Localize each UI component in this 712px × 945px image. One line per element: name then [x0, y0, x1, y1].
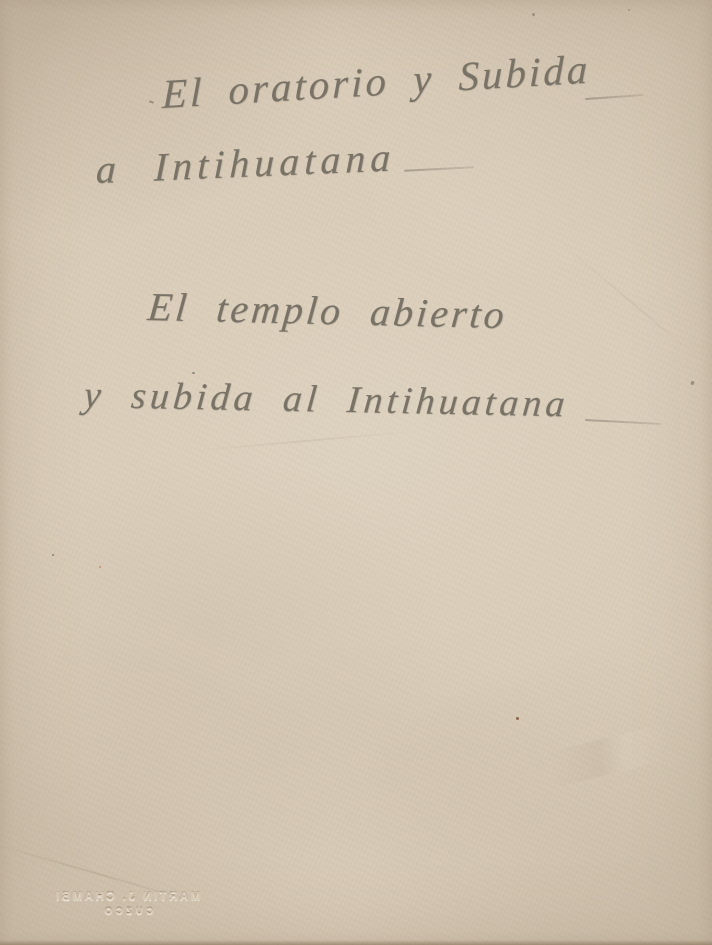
- paper-speck: [532, 13, 535, 16]
- pen-flourish: [404, 166, 474, 172]
- paper-crease: [560, 242, 699, 359]
- inscription-2-line-1: El templo abierto: [146, 287, 509, 335]
- paper-speck: [52, 554, 54, 556]
- pencil-dot: [149, 100, 154, 103]
- photograph-verso: El oratorio y Subida a Intihuatana El te…: [0, 0, 712, 945]
- paper-speck: [516, 717, 519, 720]
- stamp-name: MARTIN J. CHAMBI: [38, 891, 216, 903]
- stamp-city: CUZCO: [38, 906, 216, 916]
- paper-speck: [99, 566, 101, 568]
- inscription-1-line-2: a Intihuatana: [95, 137, 396, 190]
- inscription-1-line-1: El oratorio y Subida: [162, 49, 591, 116]
- inscription-2-line-2: y subida al Intihuatana: [82, 376, 570, 423]
- paper-crease: [190, 430, 419, 452]
- pencil-dot: [192, 372, 195, 374]
- pencil-dot: [690, 381, 694, 386]
- paper-bottom-edge: [0, 940, 712, 945]
- paper-speck: [628, 9, 630, 11]
- pen-flourish: [585, 94, 643, 100]
- paper-crease: [470, 709, 712, 807]
- pen-flourish: [585, 419, 661, 425]
- photographer-blind-stamp: MARTIN J. CHAMBI CUZCO: [38, 891, 216, 916]
